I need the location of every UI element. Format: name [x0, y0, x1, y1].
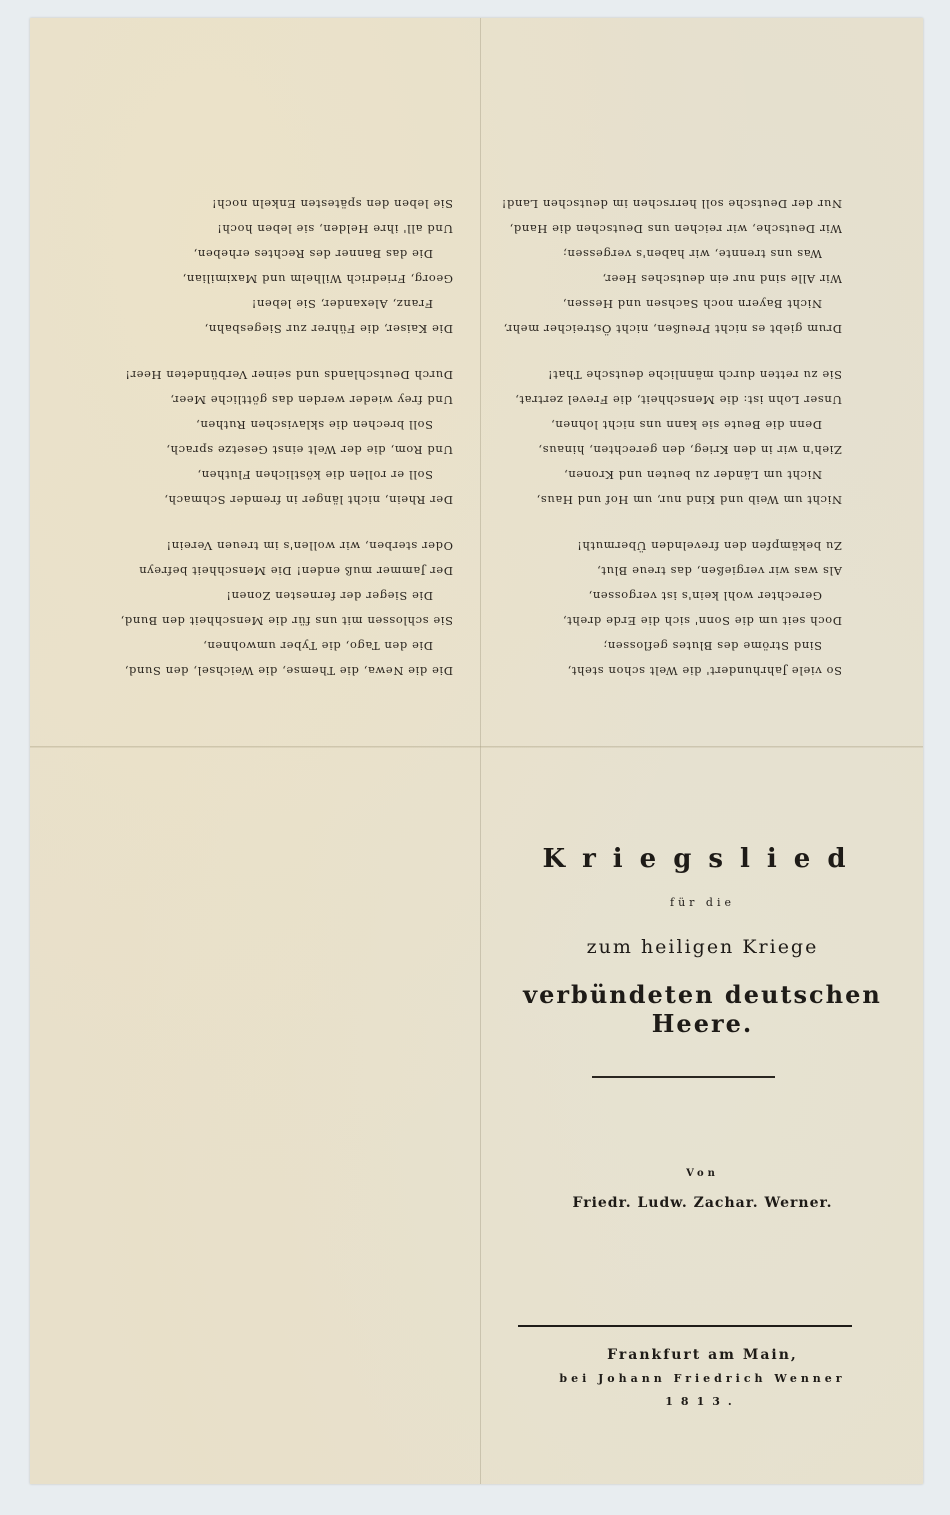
verse-line: Oder sterben, wir wollen's im treuen Ver…: [108, 533, 453, 558]
verse-line: Nur der Deutsche soll herrschen im deuts…: [512, 191, 842, 216]
title-page: Kriegslied für die zum heiligen Kriege v…: [482, 748, 923, 1484]
author-prefix: Von: [482, 1168, 923, 1179]
verse-line: Sie leben den spätesten Enkeln noch!: [108, 191, 453, 216]
verse-line: Franz, Alexander, Sie leben!: [108, 291, 453, 316]
verse-line: Und Rom, die der Welt einst Gesetze spra…: [108, 437, 453, 462]
verse-line: Zieh'n wir in den Krieg, den gerechten, …: [512, 437, 842, 462]
paper-sheet: So viele Jahrhundert' die Welt schon ste…: [30, 18, 923, 1484]
verse-line: Drum giebt es nicht Preußen, nicht Östre…: [512, 316, 842, 341]
verse-line: Gerechter wohl kein's ist vergossen,: [512, 583, 842, 608]
verse-line: Als was wir vergießen, das treue Blut,: [512, 558, 842, 583]
upside-down-panel-right: So viele Jahrhundert' die Welt schon ste…: [512, 123, 842, 683]
verse-line: Was uns trennte, wir haben's vergessen;: [512, 241, 842, 266]
verse-line: Soll er rollen die köstlichen Fluthen,: [108, 462, 453, 487]
imprint-place: Frankfurt am Main,: [482, 1347, 923, 1363]
verse-line: Der Jammer muß enden! Die Menschheit bef…: [108, 558, 453, 583]
imprint-printer: bei Johann Friedrich Wenner: [482, 1372, 923, 1385]
verse-line: Die die Newa, die Themse, die Weichsel, …: [108, 658, 453, 683]
title-subline-fuer-die: für die: [482, 896, 923, 909]
verse-line: Die Sieger der fernesten Zonen!: [108, 583, 453, 608]
blank-back-panel: [30, 748, 480, 1484]
verse-line: Sie zu retten durch männliche deutsche T…: [512, 362, 842, 387]
verse-line: Wir Deutsche, wir reichen uns Deutschen …: [512, 216, 842, 241]
stanza: Der Rhein, nicht länger in fremder Schma…: [108, 362, 453, 512]
verse-line: Zu bekämpfen den frevelnden Übermuth!: [512, 533, 842, 558]
verse-line: Sie schlossen mit uns für die Menschheit…: [108, 608, 453, 633]
verse-line: Nicht Bayern noch Sachsen und Hessen,: [512, 291, 842, 316]
verse-line: Und all' ihre Helden, sie leben hoch!: [108, 216, 453, 241]
verse-line: Die den Tago, die Tyber umwohnen,: [108, 633, 453, 658]
vertical-fold-line: [480, 18, 481, 1484]
verse-line: So viele Jahrhundert' die Welt schon ste…: [512, 658, 842, 683]
verse-line: Und frey wieder werden das göttliche Mee…: [108, 387, 453, 412]
verse-line: Soll brechen die sklavischen Ruthen,: [108, 412, 453, 437]
verse-line: Der Rhein, nicht länger in fremder Schma…: [108, 487, 453, 512]
short-rule-divider: [592, 1076, 775, 1078]
verse-line: Denn die Beute sie kann uns nicht lohnen…: [512, 412, 842, 437]
verse-line: Unser Lohn ist: die Menschheit, die Frev…: [512, 387, 842, 412]
title-subline-heere: verbündeten deutschen Heere.: [482, 980, 923, 1038]
stanza: Nicht um Weib und Kind nur, um Hof und H…: [512, 362, 842, 512]
imprint-year: 1813.: [482, 1395, 923, 1408]
long-rule-divider: [518, 1325, 852, 1327]
stanza: Drum giebt es nicht Preußen, nicht Östre…: [512, 191, 842, 341]
stanza: Die Kaiser, die Führer zur Siegesbahn, F…: [108, 191, 453, 341]
author-name: Friedr. Ludw. Zachar. Werner.: [482, 1195, 923, 1211]
title-subline-heiligen-kriege: zum heiligen Kriege: [482, 936, 923, 958]
verse-line: Sind Ströme des Blutes geflossen;: [512, 633, 842, 658]
stanza: Die die Newa, die Themse, die Weichsel, …: [108, 533, 453, 683]
upside-down-panel-left: Die die Newa, die Themse, die Weichsel, …: [108, 123, 453, 683]
stanza: So viele Jahrhundert' die Welt schon ste…: [512, 533, 842, 683]
title-heading: Kriegslied: [482, 844, 923, 874]
verse-line: Durch Deutschlands und seiner Verbündete…: [108, 362, 453, 387]
verse-line: Die Kaiser, die Führer zur Siegesbahn,: [108, 316, 453, 341]
verse-line: Wir Alle sind nur ein deutsches Heer,: [512, 266, 842, 291]
verse-line: Georg, Friedrich Wilhelm und Maximilian,: [108, 266, 453, 291]
verse-line: Nicht um Weib und Kind nur, um Hof und H…: [512, 487, 842, 512]
verse-line: Die das Banner des Rechtes erheben,: [108, 241, 453, 266]
verse-line: Doch seit um die Sonn' sich die Erde dre…: [512, 608, 842, 633]
verse-line: Nicht um Länder zu beuten und Kronen,: [512, 462, 842, 487]
